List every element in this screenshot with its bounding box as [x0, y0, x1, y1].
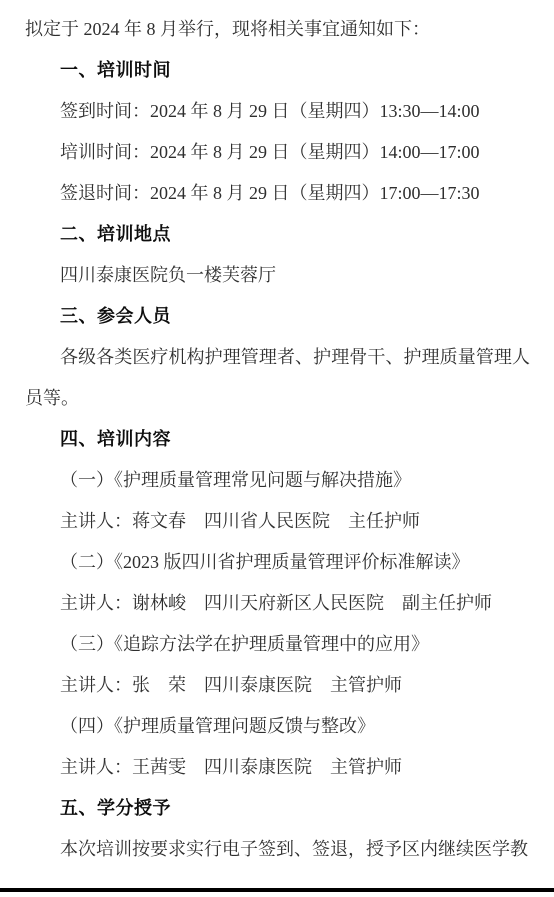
training-place-line: 四川泰康医院负一楼芙蓉厅 — [25, 255, 530, 296]
course-3-speaker-line: 主讲人：张 荣 四川泰康医院 主管护师 — [25, 665, 530, 706]
section-heading-training-time: 一、培训时间 — [25, 50, 530, 91]
attendees-paragraph: 各级各类医疗机构护理管理者、护理骨干、护理质量管理人员等。 — [25, 337, 530, 419]
training-time-line: 培训时间：2024 年 8 月 29 日（星期四）14:00—17:00 — [25, 132, 530, 173]
course-4-speaker-line: 主讲人：王茜雯 四川泰康医院 主管护师 — [25, 747, 530, 788]
course-2-title-line: （二）《2023 版四川省护理质量管理评价标准解读》 — [25, 542, 530, 583]
notice-document-page: 拟定于 2024 年 8 月举行，现将相关事宜通知如下： 一、培训时间 签到时间… — [25, 9, 530, 870]
section-heading-training-place: 二、培训地点 — [25, 214, 530, 255]
course-2-speaker-line: 主讲人：谢林峻 四川天府新区人民医院 副主任护师 — [25, 583, 530, 624]
course-1-title-line: （一）《护理质量管理常见问题与解决措施》 — [25, 460, 530, 501]
signin-time-line: 签到时间：2024 年 8 月 29 日（星期四）13:30—14:00 — [25, 91, 530, 132]
course-4-title-line: （四）《护理质量管理问题反馈与整改》 — [25, 706, 530, 747]
signout-time-line: 签退时间：2024 年 8 月 29 日（星期四）17:00—17:30 — [25, 173, 530, 214]
section-heading-credit: 五、学分授予 — [25, 788, 530, 829]
credit-paragraph-line: 本次培训按要求实行电子签到、签退，授予区内继续医学教 — [25, 829, 530, 870]
section-heading-training-content: 四、培训内容 — [25, 419, 530, 460]
section-heading-attendees: 三、参会人员 — [25, 296, 530, 337]
course-1-speaker-line: 主讲人：蒋文春 四川省人民医院 主任护师 — [25, 501, 530, 542]
page-bottom-divider — [0, 888, 554, 892]
intro-line: 拟定于 2024 年 8 月举行，现将相关事宜通知如下： — [25, 9, 530, 50]
course-3-title-line: （三）《追踪方法学在护理质量管理中的应用》 — [25, 624, 530, 665]
